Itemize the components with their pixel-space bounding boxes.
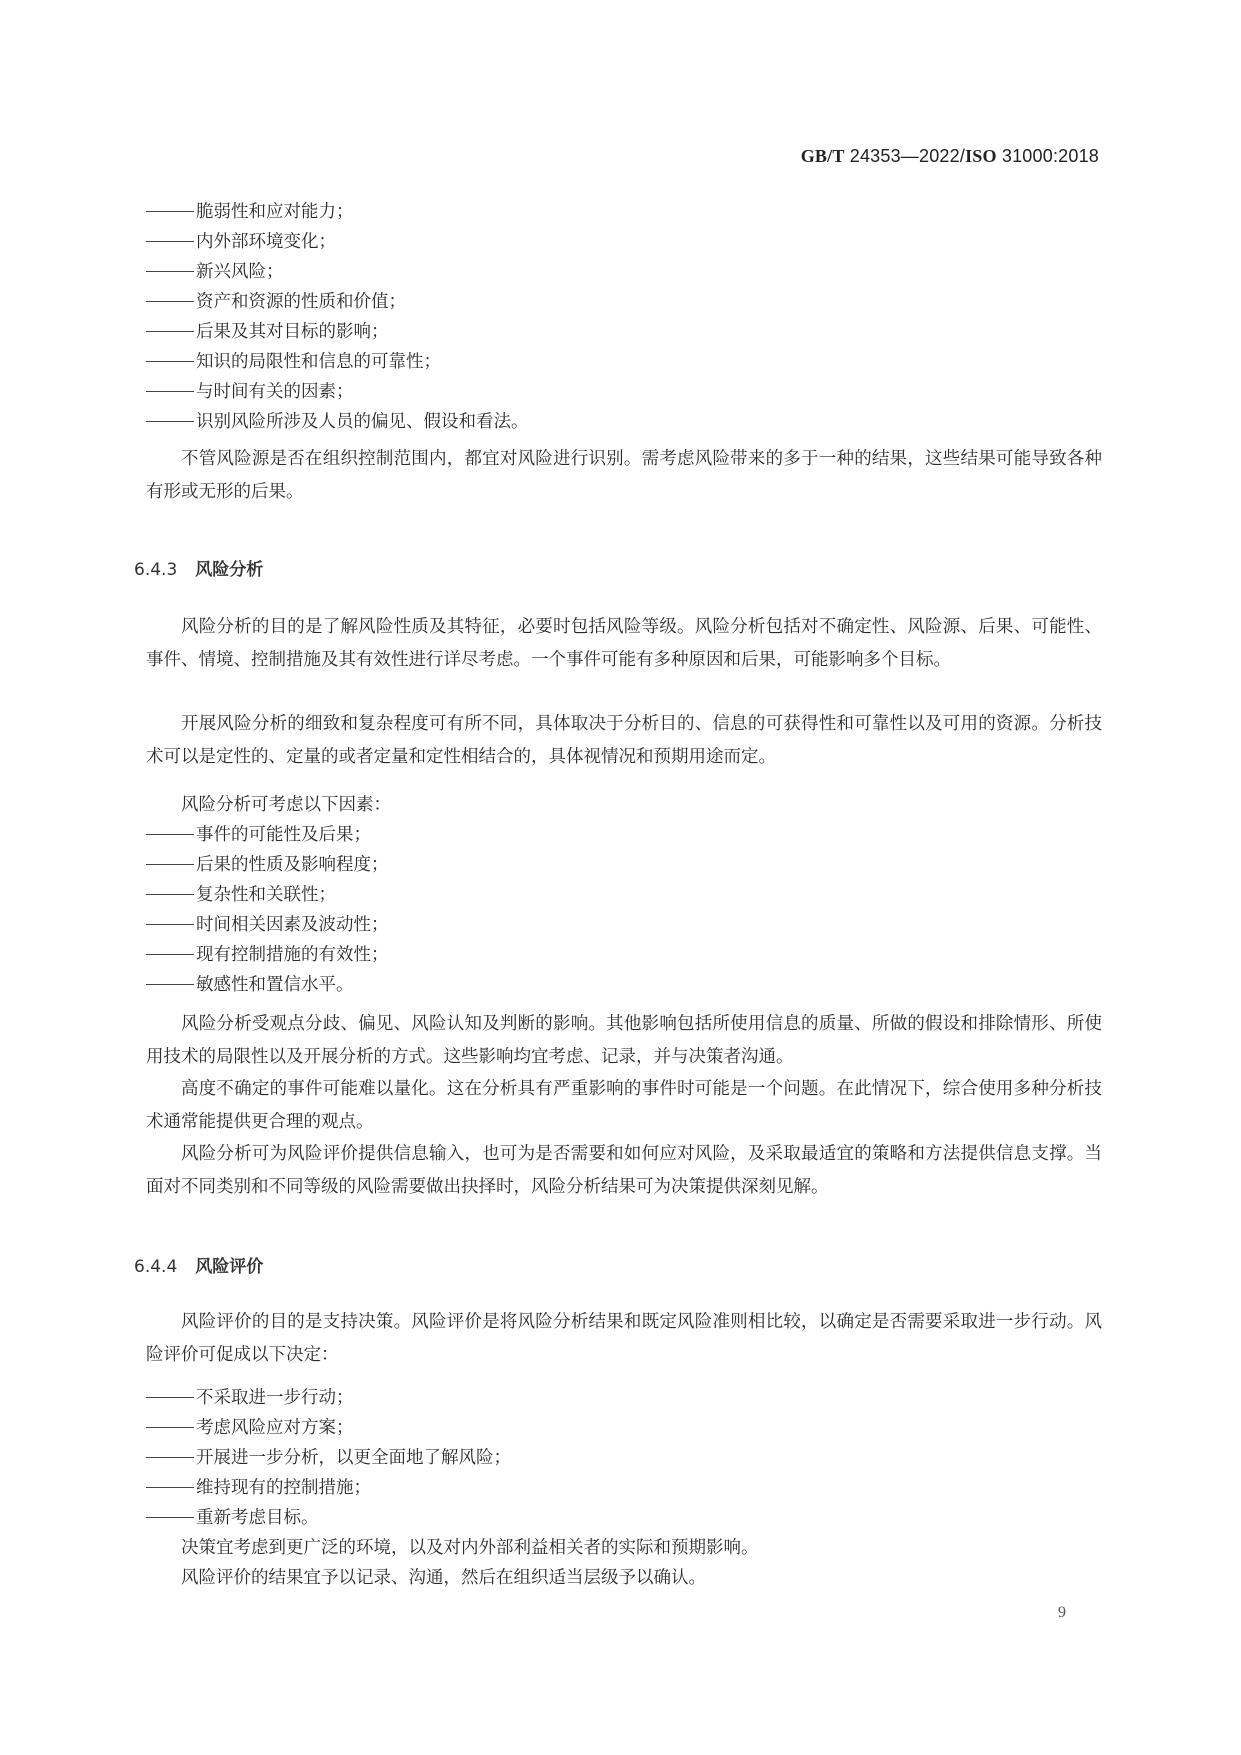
- paragraph-evaluation-record: 风险评价的结果宜予以记录、沟通，然后在组织适当层级予以确认。: [181, 1566, 706, 1590]
- list-item: 现有控制措施的有效性；: [146, 943, 389, 967]
- section-heading-644: 6.4.4风险评价: [134, 1252, 263, 1277]
- list-item: 复杂性和关联性；: [146, 883, 336, 907]
- list-item: 新兴风险；: [146, 260, 284, 284]
- dash-bullet: [146, 391, 194, 392]
- dash-bullet: [146, 984, 194, 985]
- list-item: 与时间有关的因素；: [146, 380, 354, 404]
- iso-prefix: ISO: [965, 146, 997, 166]
- paragraph-analysis-purpose: 风险分析的目的是了解风险性质及其特征，必要时包括风险等级。风险分析包括对不确定性…: [146, 611, 1102, 677]
- paragraph-evaluation-purpose: 风险评价的目的是支持决策。风险评价是将风险分析结果和既定风险准则相比较，以确定是…: [146, 1306, 1102, 1372]
- paragraph-evaluation-context: 决策宜考虑到更广泛的环境，以及对内外部利益相关者的实际和预期影响。: [181, 1536, 759, 1560]
- paragraph-analysis-detail: 开展风险分析的细致和复杂程度可有所不同，具体取决于分析目的、信息的可获得性和可靠…: [146, 708, 1102, 774]
- list-item: 重新考虑目标。: [146, 1506, 319, 1530]
- list-item: 开展进一步分析，以更全面地了解风险；: [146, 1446, 511, 1470]
- dash-bullet: [146, 1397, 194, 1398]
- dash-bullet: [146, 421, 194, 422]
- document-header: GB/T 24353—2022/ISO 31000:2018: [801, 146, 1099, 167]
- dash-bullet: [146, 211, 194, 212]
- dash-bullet: [146, 241, 194, 242]
- standard-number: 24353—2022/: [850, 146, 965, 166]
- list-item: 后果及其对目标的影响；: [146, 320, 389, 344]
- dash-bullet: [146, 1457, 194, 1458]
- factors-intro: 风险分析可考虑以下因素：: [181, 793, 391, 817]
- dash-bullet: [146, 361, 194, 362]
- dash-bullet: [146, 864, 194, 865]
- list-item: 脆弱性和应对能力；: [146, 200, 354, 224]
- list-item: 知识的局限性和信息的可靠性；: [146, 350, 441, 374]
- list-item: 识别风险所涉及人员的偏见、假设和看法。: [146, 410, 529, 434]
- paragraph-analysis-uncertainty: 高度不确定的事件可能难以量化。这在分析具有严重影响的事件时可能是一个问题。在此情…: [146, 1073, 1102, 1139]
- section-heading-643: 6.4.3风险分析: [134, 555, 263, 580]
- dash-bullet: [146, 271, 194, 272]
- dash-bullet: [146, 954, 194, 955]
- paragraph-analysis-input: 风险分析可为风险评价提供信息输入，也可为是否需要和如何应对风险，及采取最适宜的策…: [146, 1138, 1102, 1204]
- dash-bullet: [146, 1487, 194, 1488]
- dash-bullet: [146, 331, 194, 332]
- list-item: 内外部环境变化；: [146, 230, 336, 254]
- paragraph-identify: 不管风险源是否在组织控制范围内，都宜对风险进行识别。需考虑风险带来的多于一种的结…: [146, 443, 1102, 509]
- list-item: 敏感性和置信水平。: [146, 973, 354, 997]
- list-item: 时间相关因素及波动性；: [146, 913, 389, 937]
- list-item: 考虑风险应对方案；: [146, 1416, 354, 1440]
- dash-bullet: [146, 1517, 194, 1518]
- page-number: 9: [1058, 1604, 1066, 1622]
- iso-number: 31000:2018: [1002, 146, 1099, 166]
- dash-bullet: [146, 924, 194, 925]
- dash-bullet: [146, 834, 194, 835]
- dash-bullet: [146, 301, 194, 302]
- list-item: 维持现有的控制措施；: [146, 1476, 371, 1500]
- list-item: 事件的可能性及后果；: [146, 823, 371, 847]
- dash-bullet: [146, 1427, 194, 1428]
- list-item: 不采取进一步行动；: [146, 1386, 354, 1410]
- paragraph-analysis-influences: 风险分析受观点分歧、偏见、风险认知及判断的影响。其他影响包括所使用信息的质量、所…: [146, 1008, 1102, 1074]
- list-item: 后果的性质及影响程度；: [146, 853, 389, 877]
- list-item: 资产和资源的性质和价值；: [146, 290, 406, 314]
- dash-bullet: [146, 894, 194, 895]
- standard-prefix: GB/T: [801, 146, 845, 166]
